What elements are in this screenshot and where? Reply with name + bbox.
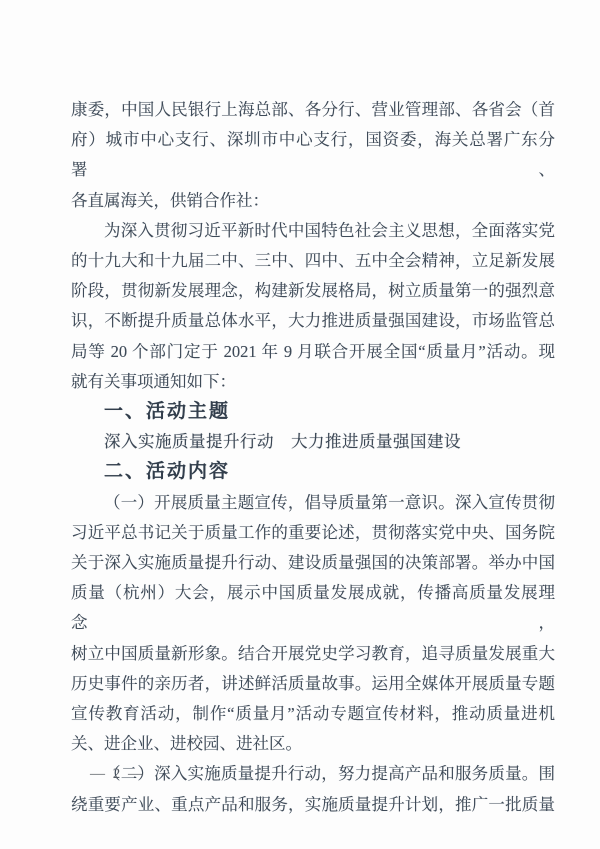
- text-line: 识，不断提升质量总体水平，大力推进质量强国建设，市场监管总: [71, 306, 555, 336]
- section-heading-2: 二、活动内容: [71, 457, 555, 487]
- document-body: 康委，中国人民银行上海总部、各分行、营业管理部、各省会（首 府）城市中心支行、深…: [71, 95, 555, 820]
- text-line: 树立中国质量新形象。结合开展党史学习教育，追寻质量发展重大: [71, 639, 555, 669]
- scanned-page: 康委，中国人民银行上海总部、各分行、营业管理部、各省会（首 府）城市中心支行、深…: [0, 0, 600, 849]
- text-line: 历史事件的亲历者，讲述鲜活质量故事。运用全媒体开展质量专题: [71, 669, 555, 699]
- text-line: 关、进企业、进校园、进社区。: [71, 729, 555, 759]
- text-line: 关于深入实施质量提升行动、建设质量强国的决策部署。举办中国: [71, 548, 555, 578]
- text-line: 就有关事项通知如下：: [71, 367, 555, 397]
- text-line: 宣传教育活动，制作“质量月”活动专题宣传材料，推动质量进机: [71, 699, 555, 729]
- text-line: 各直属海关，供销合作社：: [71, 186, 555, 216]
- section-heading-1: 一、活动主题: [71, 397, 555, 427]
- text-line: （一）开展质量主题宣传，倡导质量第一意识。深入宣传贯彻: [71, 488, 555, 518]
- text-line: 康委，中国人民银行上海总部、各分行、营业管理部、各省会（首: [71, 95, 555, 125]
- text-line: 习近平总书记关于质量工作的重要论述，贯彻落实党中央、国务院: [71, 518, 555, 548]
- text-line: 的十九大和十九届二中、三中、四中、五中全会精神，立足新发展: [71, 246, 555, 276]
- page-number: — 2 —: [90, 766, 145, 783]
- text-line: 阶段，贯彻新发展理念，构建新发展格局，树立质量第一的强烈意: [71, 276, 555, 306]
- text-line: 局等 20 个部门定于 2021 年 9 月联合开展全国“质量月”活动。现: [71, 337, 555, 367]
- text-line: 绕重要产业、重点产品和服务，实施质量提升计划，推广一批质量: [71, 790, 555, 820]
- activity-theme-line: 深入实施质量提升行动 大力推进质量强国建设: [71, 427, 555, 457]
- text-line: 质量（杭州）大会，展示中国质量发展成就，传播高质量发展理念，: [71, 578, 555, 638]
- text-line: 府）城市中心支行、深圳市中心支行，国资委，海关总署广东分署、: [71, 125, 555, 185]
- text-line: 为深入贯彻习近平新时代中国特色社会主义思想，全面落实党: [71, 216, 555, 246]
